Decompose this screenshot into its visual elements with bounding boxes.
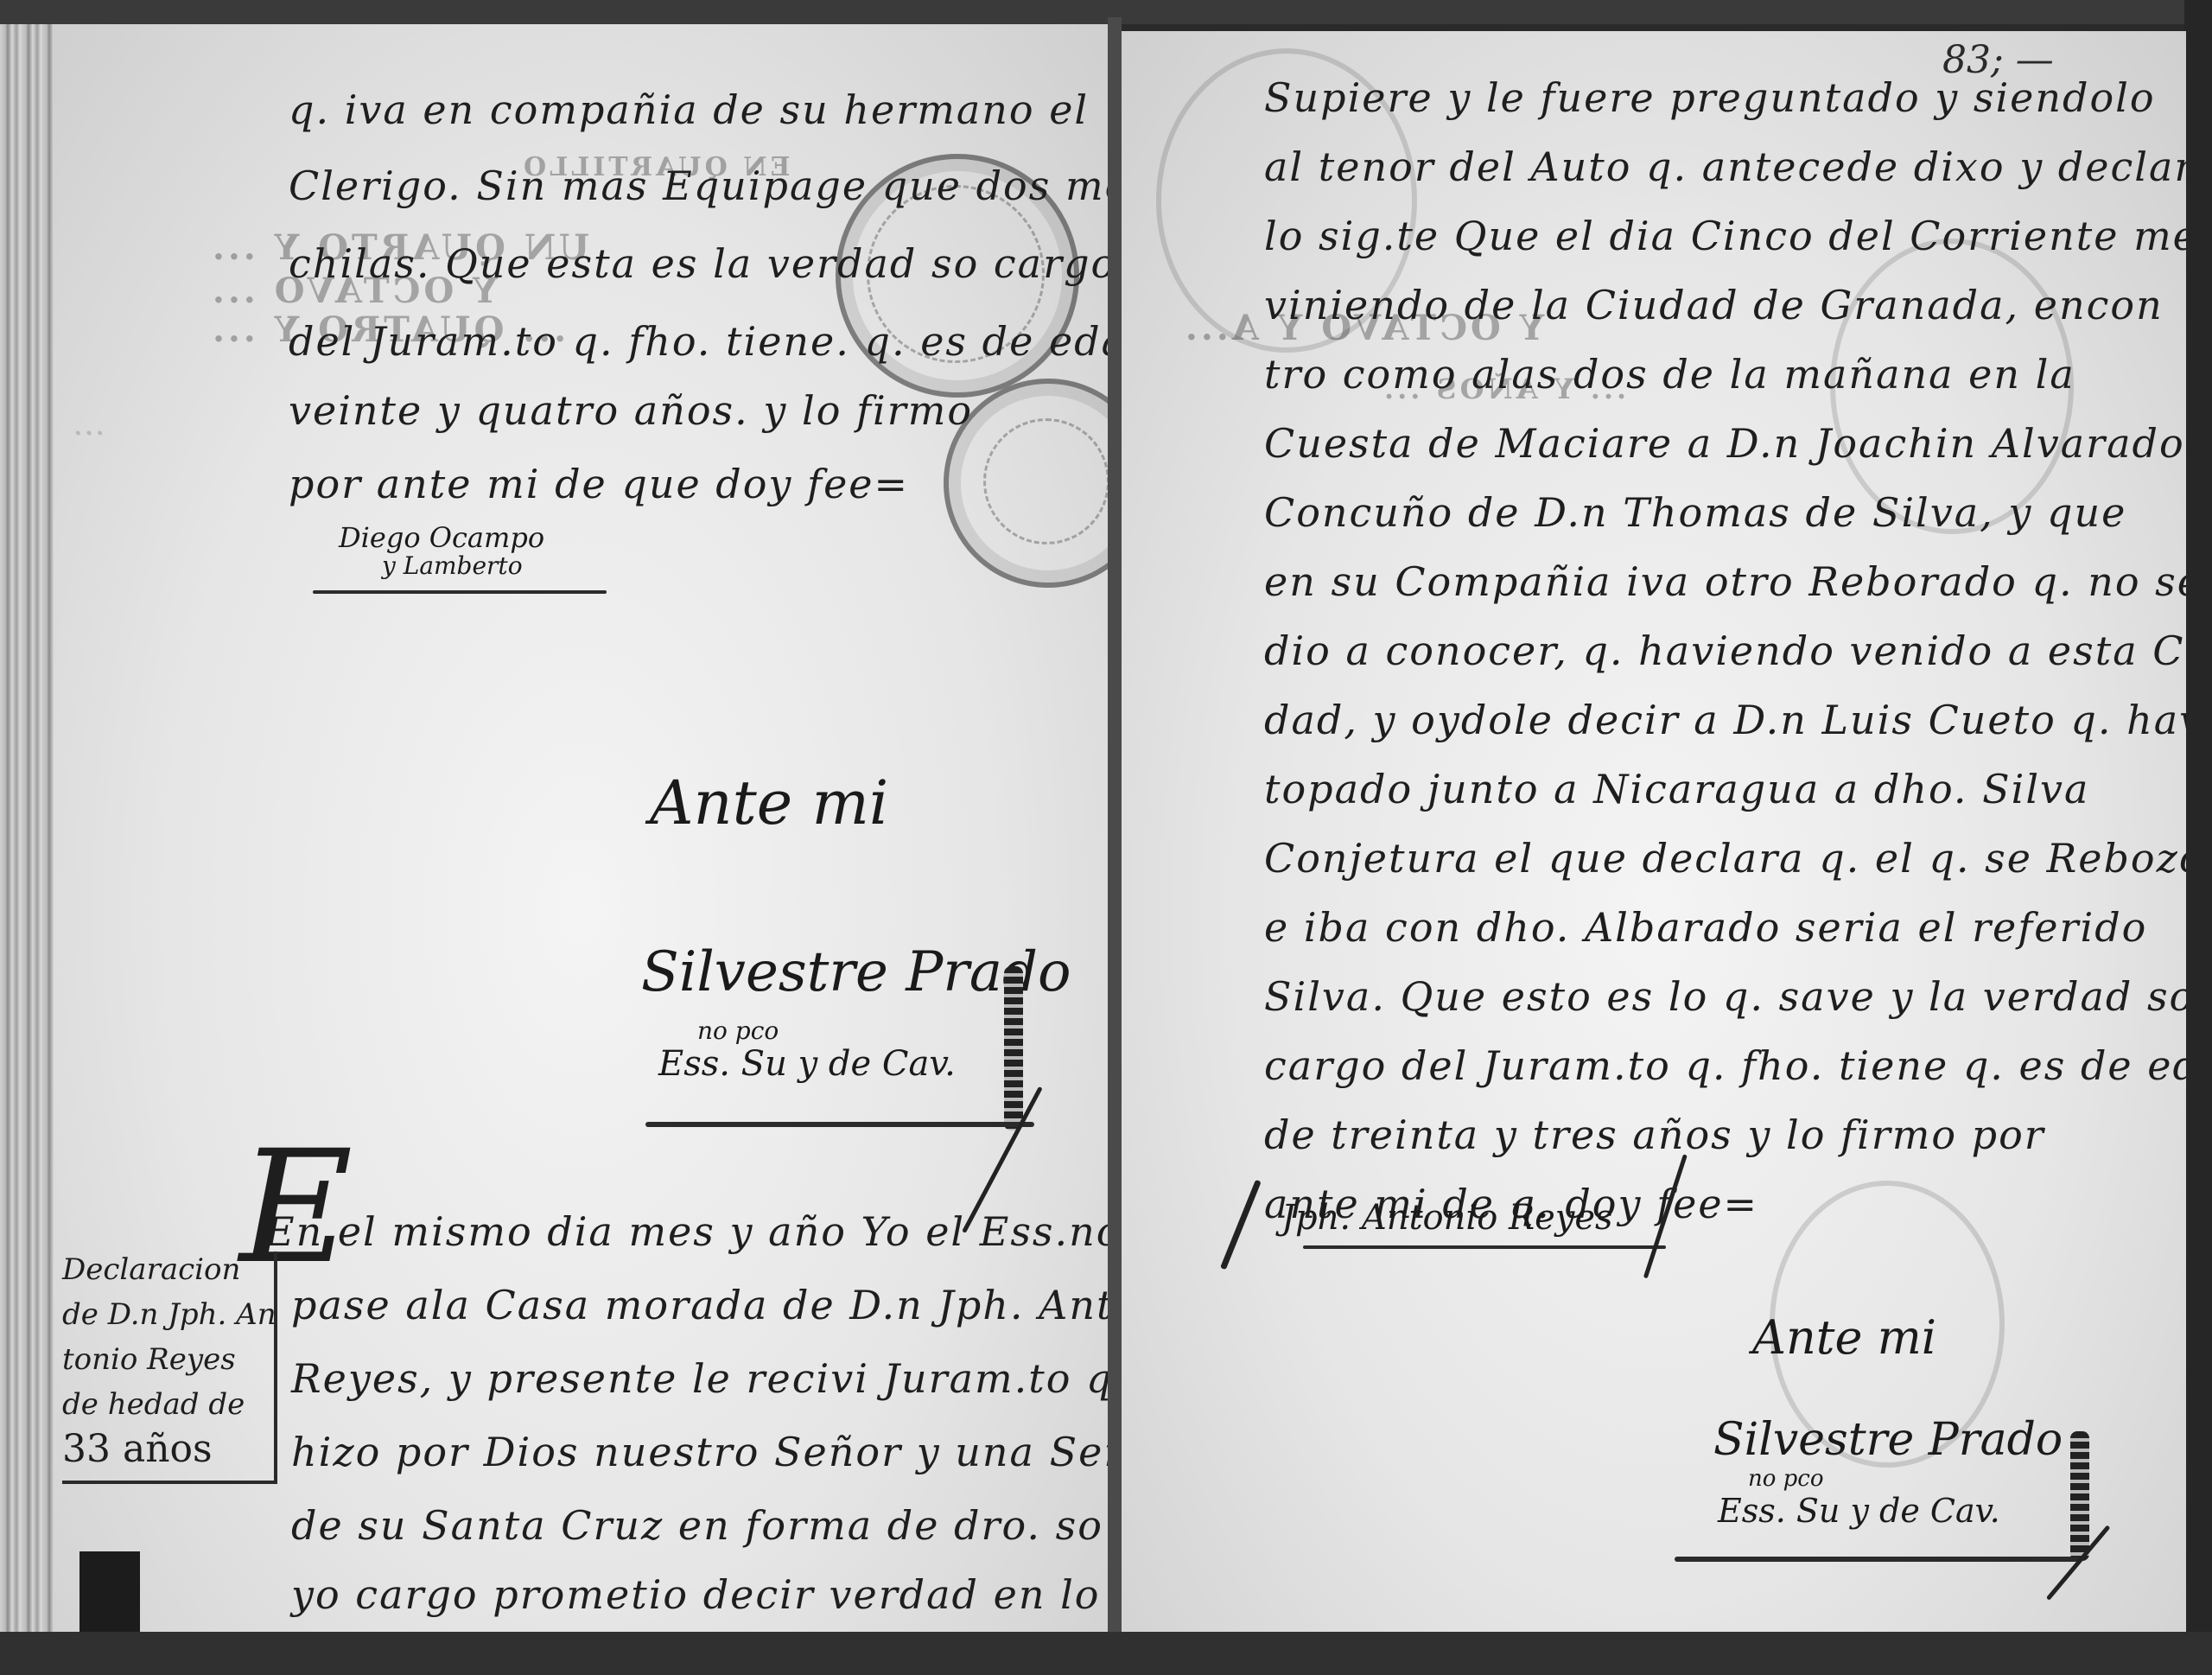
margin-note-bracket: [62, 1251, 277, 1484]
manuscript-line: tro como alas dos de la mañana en la: [1264, 351, 2075, 398]
bleed-through-text: …: [71, 404, 105, 443]
ante-mi-label: Ante mi: [650, 767, 888, 838]
manuscript-line: de su Santa Cruz en forma de dro. so cu: [291, 1502, 1108, 1549]
manuscript-line: q. iva en compañia de su hermano el: [289, 86, 1089, 133]
manuscript-line: hizo por Dios nuestro Señor y una Señal: [291, 1429, 1108, 1475]
notary-underline: [645, 1122, 1034, 1127]
manuscript-line: Conjetura el que declara q. el q. se Reb…: [1264, 835, 2186, 882]
ante-mi-label: Ante mi: [1752, 1310, 1936, 1365]
witness-signature-line2: y Lamberto: [382, 551, 523, 580]
manuscript-line: e iba con dho. Albarado seria el referid…: [1264, 904, 2147, 951]
manuscript-line: Concuño de D.n Thomas de Silva, y que: [1264, 489, 2126, 536]
manuscript-line: Cuesta de Maciare a D.n Joachin Alvarado: [1264, 420, 2185, 467]
manuscript-line: pase ala Casa morada de D.n Jph. Antonio: [291, 1282, 1108, 1328]
notary-underline: [1675, 1557, 2081, 1562]
scan-frame-bottom: [0, 1632, 2212, 1675]
manuscript-line: del Juram.to q. fho. tiene. q. es de eda…: [289, 318, 1108, 365]
manuscript-line: Supiere y le fuere preguntado y siendolo: [1264, 74, 2156, 121]
notary-title-superscript: no pco: [697, 1016, 779, 1045]
manuscript-line: En el mismo dia mes y año Yo el Ess.no: [265, 1208, 1108, 1255]
signature-underline: [1303, 1245, 1666, 1249]
deponent-signature: Jph. Antonio Reyes: [1281, 1198, 1613, 1238]
manuscript-line: chilas. Que esta es la verdad so cargo: [289, 240, 1108, 287]
manuscript-line: por ante mi de que doy fee=: [289, 461, 909, 507]
manuscript-line: Silva. Que esto es lo q. save y la verda…: [1264, 973, 2186, 1020]
signature-underline: [313, 590, 607, 594]
manuscript-line: Reyes, y presente le recivi Juram.to que: [291, 1355, 1108, 1402]
manuscript-line: cargo del Juram.to q. fho. tiene q. es d…: [1264, 1042, 2186, 1089]
notary-rubric-flourish: [2070, 1431, 2089, 1561]
manuscript-line: lo sig.te Que el dia Cinco del Corriente…: [1264, 213, 2186, 259]
notary-rubric-flourish: [1004, 966, 1023, 1130]
signature-stroke: [1220, 1180, 1262, 1271]
scan-frame-right: [2184, 0, 2212, 1675]
manuscript-line: veinte y quatro años. y lo firmo: [289, 387, 973, 434]
manuscript-line: en su Compañia iva otro Reborado q. no s…: [1264, 558, 2186, 605]
archive-tab-marker: [79, 1551, 140, 1634]
witness-signature-line1: Diego Ocampo: [339, 521, 544, 554]
manuscript-line: dio a conocer, q. haviendo venido a esta…: [1264, 627, 2186, 674]
right-page: 83; — Y OCTAVO Y A... ... Y AÑOS ... Sup…: [1122, 31, 2186, 1632]
manuscript-line: al tenor del Auto q. antecede dixo y dec…: [1264, 143, 2186, 190]
manuscript-line: viniendo de la Ciudad de Granada, encon: [1264, 282, 2164, 328]
notary-title: Ess. Su y de Cav.: [658, 1044, 956, 1084]
scan-frame-top: [0, 0, 2212, 24]
notary-title-superscript: no pco: [1748, 1466, 1824, 1492]
manuscript-line: topado junto a Nicaragua a dho. Silva: [1264, 766, 2089, 812]
left-page: EN QUARTILLO UN QUARTO Y ... Y OCTAVO ..…: [54, 24, 1108, 1634]
book-page-edges: [0, 24, 55, 1634]
manuscript-line: dad, y oydole decir a D.n Luis Cueto q. …: [1264, 697, 2186, 743]
manuscript-line: de treinta y tres años y lo firmo por: [1264, 1111, 2045, 1158]
notary-title: Ess. Su y de Cav.: [1718, 1492, 2000, 1530]
book-gutter: [1108, 17, 1122, 1659]
manuscript-line: yo cargo prometio decir verdad en lo q.: [291, 1571, 1108, 1618]
manuscript-line: Clerigo. Sin mas Equipage que dos mo: [289, 162, 1108, 209]
notary-name: Silvestre Prado: [1713, 1414, 2063, 1466]
